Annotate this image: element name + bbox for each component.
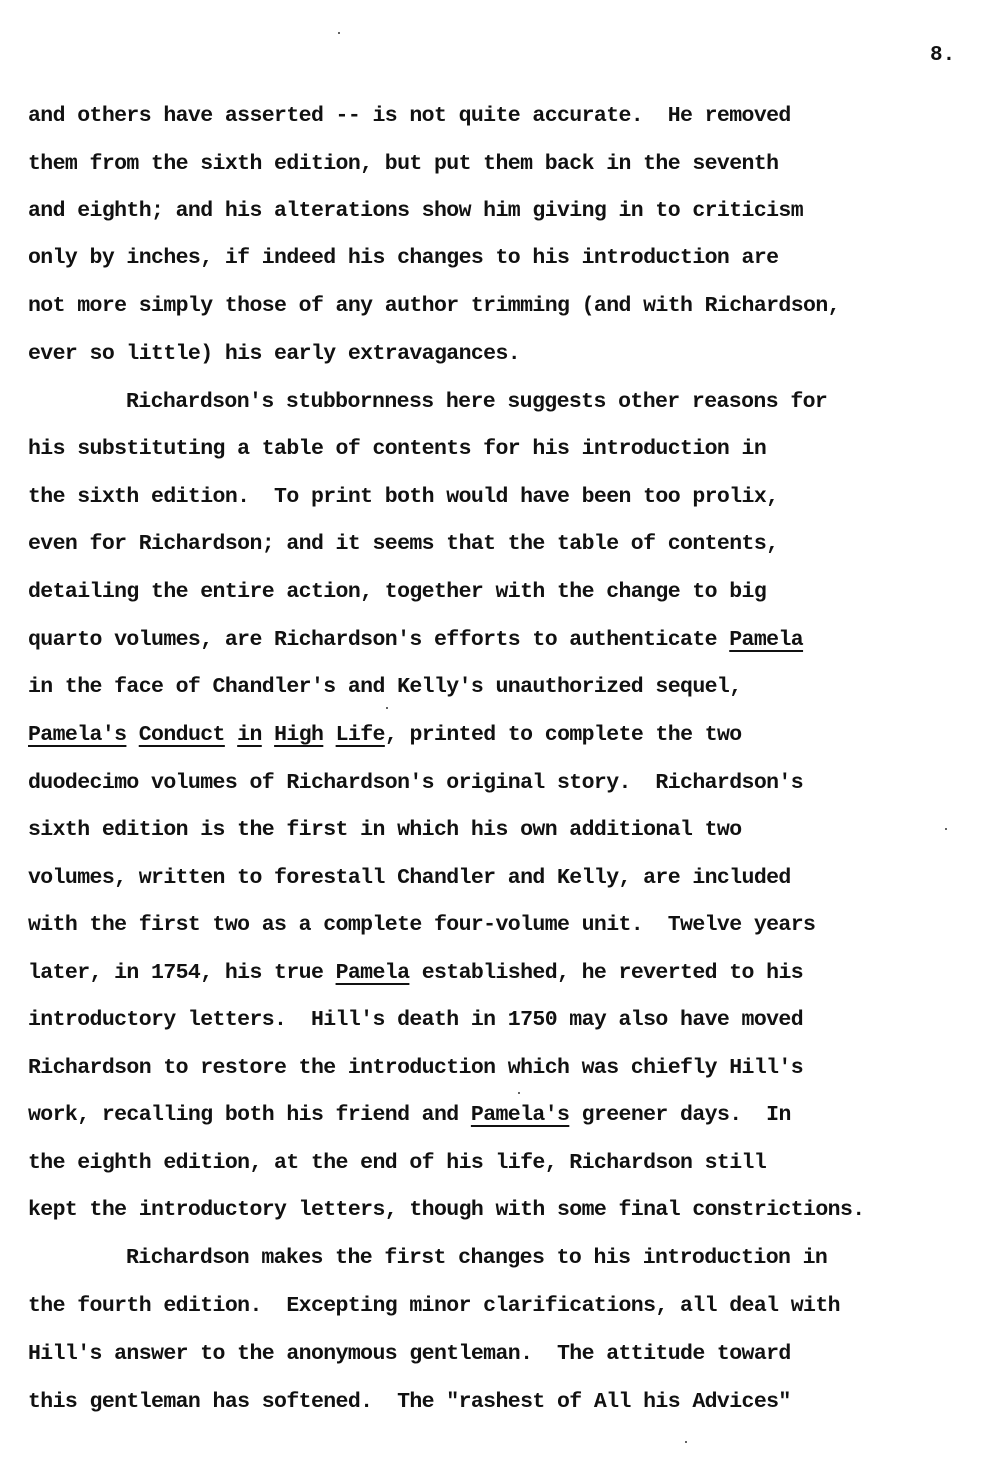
text-line: quarto volumes, are Richardson's efforts… [28, 627, 803, 657]
underlined-title: Pamela's [28, 723, 126, 747]
text-run: established, he reverted to his [409, 961, 803, 985]
underlined-title: High [274, 723, 323, 747]
text-line: and others have asserted -- is not quite… [28, 103, 791, 133]
text-line: with the first two as a complete four-vo… [28, 912, 815, 942]
scan-speck [945, 828, 947, 830]
underlined-title: Conduct [139, 723, 225, 747]
underlined-title: Life [336, 723, 385, 747]
text-line: only by inches, if indeed his changes to… [28, 245, 778, 275]
text-line: and eighth; and his alterations show him… [28, 198, 803, 228]
text-run: , printed to complete the two [385, 723, 742, 747]
text-line: them from the sixth edition, but put the… [28, 151, 778, 181]
scan-speck [685, 1441, 687, 1443]
typescript-page: 8. and others have asserted -- is not qu… [0, 0, 1000, 1468]
text-line: sixth edition is the first in which his … [28, 817, 742, 847]
underlined-title: Pamela's [471, 1103, 569, 1127]
page-number: 8. [930, 44, 955, 67]
text-line-paragraph-start: Richardson's stubbornness here suggests … [126, 389, 827, 419]
text-run [225, 723, 237, 747]
text-run [126, 723, 138, 747]
scan-speck [386, 707, 388, 709]
text-run: work, recalling both his friend and [28, 1103, 471, 1127]
text-line: duodecimo volumes of Richardson's origin… [28, 770, 803, 800]
text-line: not more simply those of any author trim… [28, 293, 840, 323]
underlined-title: in [237, 723, 262, 747]
text-line: his substituting a table of contents for… [28, 436, 766, 466]
text-line: introductory letters. Hill's death in 17… [28, 1007, 803, 1037]
text-line: ever so little) his early extravagances. [28, 341, 520, 371]
underlined-title: Pamela [336, 961, 410, 985]
text-run [262, 723, 274, 747]
scan-speck [338, 32, 340, 34]
text-line: this gentleman has softened. The "rashes… [28, 1389, 791, 1419]
text-line: the fourth edition. Excepting minor clar… [28, 1293, 840, 1323]
text-line: the sixth edition. To print both would h… [28, 484, 778, 514]
text-line: kept the introductory letters, though wi… [28, 1197, 865, 1227]
text-line: the eighth edition, at the end of his li… [28, 1150, 766, 1180]
text-line: work, recalling both his friend and Pame… [28, 1102, 791, 1132]
text-line: later, in 1754, his true Pamela establis… [28, 960, 803, 990]
text-line: detailing the entire action, together wi… [28, 579, 766, 609]
text-line: Hill's answer to the anonymous gentleman… [28, 1341, 791, 1371]
scan-speck [518, 1092, 520, 1094]
text-line: Richardson to restore the introduction w… [28, 1055, 803, 1085]
text-run: quarto volumes, are Richardson's efforts… [28, 628, 729, 652]
text-line: volumes, written to forestall Chandler a… [28, 865, 791, 895]
text-line: even for Richardson; and it seems that t… [28, 531, 778, 561]
text-run: later, in 1754, his true [28, 961, 336, 985]
text-run: greener days. In [569, 1103, 790, 1127]
text-run [323, 723, 335, 747]
text-line-paragraph-start: Richardson makes the first changes to hi… [126, 1245, 827, 1275]
text-line: Pamela's Conduct in High Life, printed t… [28, 722, 742, 752]
text-line: in the face of Chandler's and Kelly's un… [28, 674, 742, 704]
underlined-title: Pamela [729, 628, 803, 652]
